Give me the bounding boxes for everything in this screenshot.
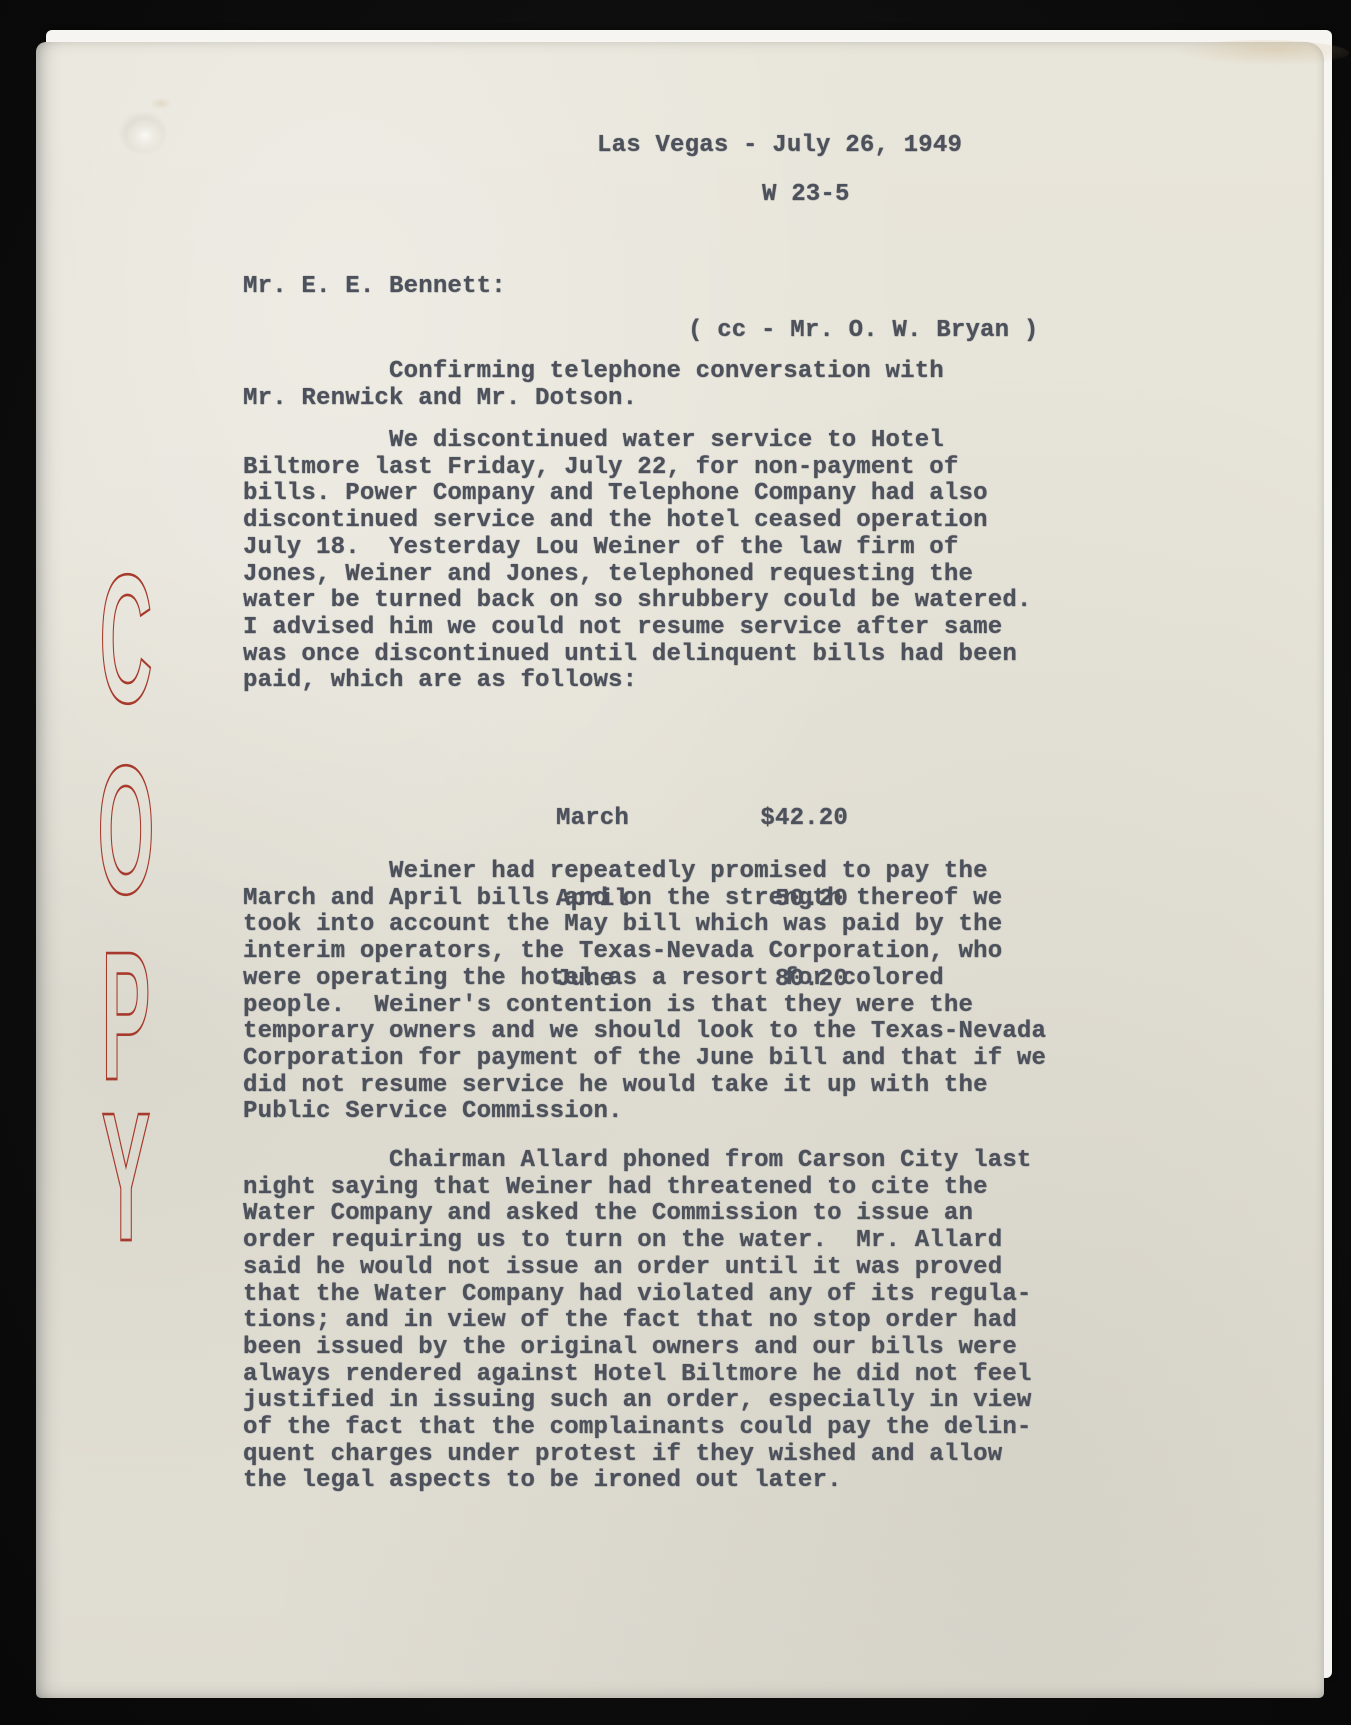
salutation: Mr. E. E. Bennett: — [243, 274, 506, 301]
corner-stain — [1174, 40, 1349, 66]
paper-dimple-blemish — [98, 89, 188, 169]
copy-stamp: C O P Y — [92, 540, 160, 1260]
dateline: Las Vegas - July 26, 1949 — [597, 133, 962, 160]
stamp-letter-o: O — [98, 728, 155, 933]
reference-number: W 23-5 — [762, 182, 850, 209]
stamp-letter-c: C — [100, 540, 153, 741]
table-row: March $42.20 — [556, 806, 848, 833]
paragraph-discontinued-service: We discontinued water service to Hotel B… — [243, 428, 1032, 695]
cc-line: ( cc - Mr. O. W. Bryan ) — [688, 318, 1038, 345]
paragraph-confirming: Confirming telephone conversation with M… — [243, 359, 944, 412]
amount-cell: $42.20 — [760, 806, 848, 833]
letter-page: C O P Y Las Vegas - July 26, 1949 W 23-5… — [36, 42, 1324, 1698]
paragraph-weiner-contention: Weiner had repeatedly promised to pay th… — [243, 859, 1046, 1126]
stamp-letter-y: Y — [102, 1075, 151, 1260]
paragraph-chairman-allard: Chairman Allard phoned from Carson City … — [243, 1148, 1032, 1495]
scan-background: C O P Y Las Vegas - July 26, 1949 W 23-5… — [0, 0, 1351, 1725]
month-cell: March — [556, 806, 629, 833]
